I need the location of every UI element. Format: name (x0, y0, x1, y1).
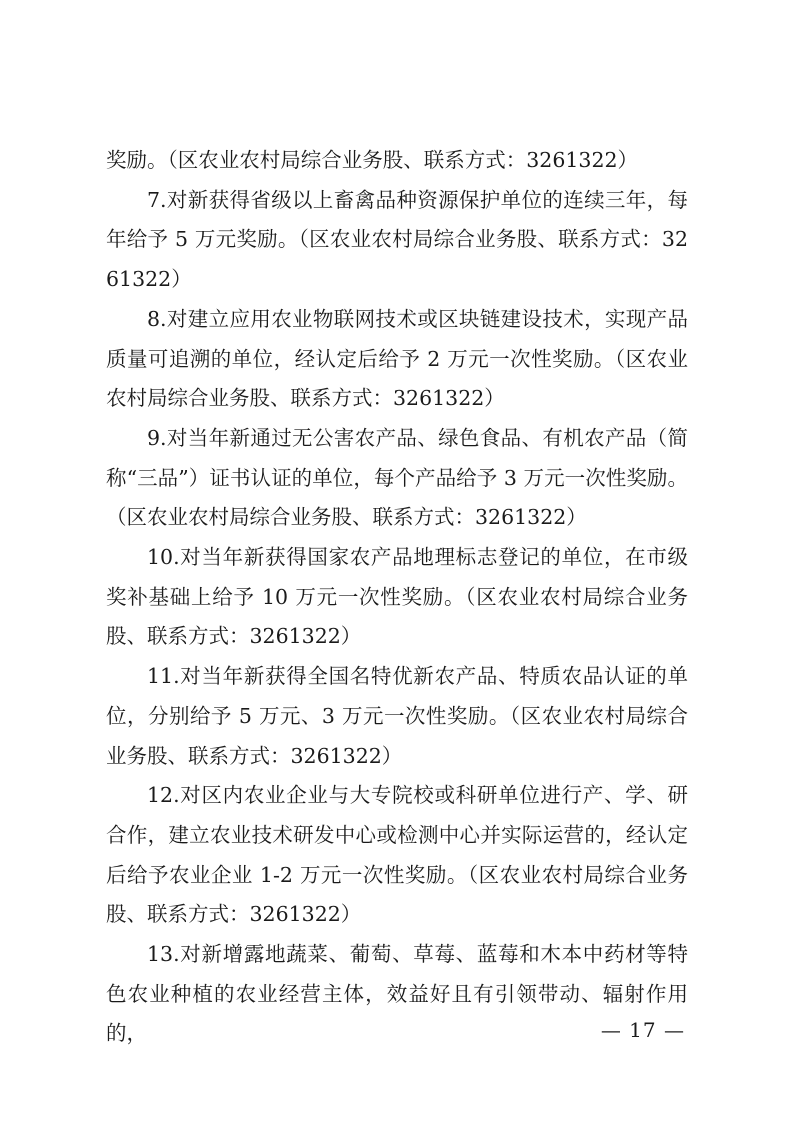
paragraph-item-10: 10.对当年新获得国家农产品地理标志登记的单位，在市级奖补基础上给予 10 万元… (106, 538, 688, 657)
paragraph-continuation: 奖励。（区农业农村局综合业务股、联系方式：3261322） (106, 141, 688, 181)
paragraph-item-8: 8.对建立应用农业物联网技术或区块链建设技术，实现产品质量可追溯的单位，经认定后… (106, 300, 688, 419)
paragraph-item-12: 12.对区内农业企业与大专院校或科研单位进行产、学、研合作，建立农业技术研发中心… (106, 776, 688, 935)
page-number: — 17 — (601, 1018, 685, 1042)
paragraph-item-9: 9.对当年新通过无公害农产品、绿色食品、有机农产品（简称“三品”）证书认证的单位… (106, 419, 688, 538)
document-page: 奖励。（区农业农村局综合业务股、联系方式：3261322） 7.对新获得省级以上… (106, 141, 688, 1054)
paragraph-item-11: 11.对当年新获得全国名特优新农产品、特质农品认证的单位，分别给予 5 万元、3… (106, 657, 688, 776)
paragraph-item-7: 7.对新获得省级以上畜禽品种资源保护单位的连续三年，每年给予 5 万元奖励。（区… (106, 181, 688, 300)
